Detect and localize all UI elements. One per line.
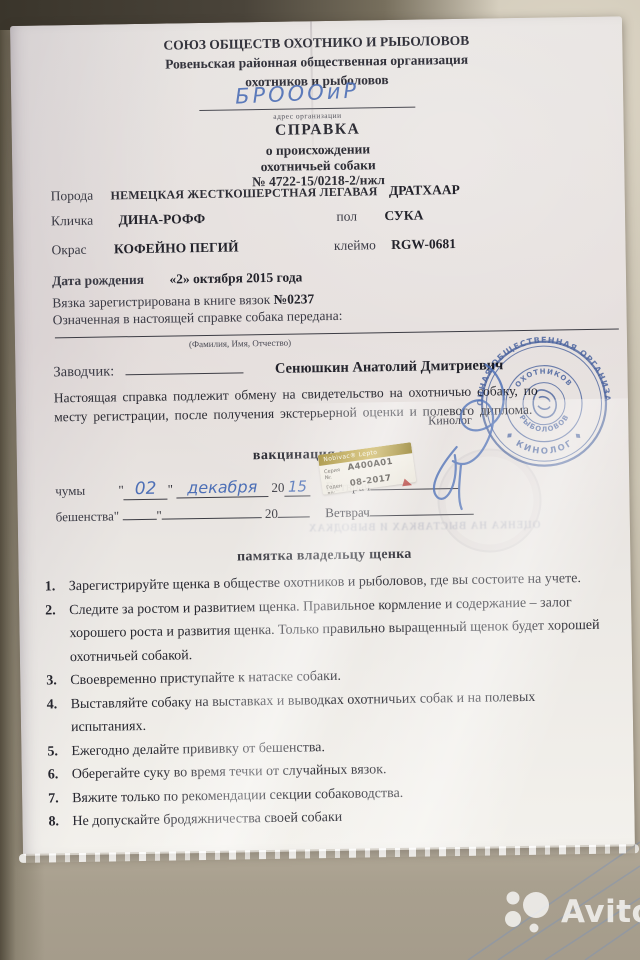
dog-name-label: Кличка	[51, 213, 93, 229]
vet-label-2: Ветврач	[325, 504, 370, 520]
transfer-text: Означенная в настоящей справке собака пе…	[53, 308, 343, 328]
avito-watermark: Avito	[500, 886, 640, 938]
sex-label: пол	[336, 209, 357, 224]
dog-name-value: ДИНА-РОФФ	[118, 211, 205, 227]
memo-item-number: 5.	[47, 740, 71, 764]
memo-item-number: 6.	[48, 763, 72, 787]
color-label: Окрас	[51, 242, 86, 258]
sex-value: СУКА	[384, 208, 423, 224]
avito-logo-icon	[500, 886, 552, 938]
memo-item-text: Следите за ростом и развитием щенка. Пра…	[69, 590, 612, 669]
certificate-page: СОЮЗ ОБЩЕСТВ ОХОТНИКО И РЫБОЛОВОВ Ровень…	[10, 16, 635, 856]
brand-label: клеймо	[334, 237, 376, 253]
sleeve-bottom-edge	[19, 844, 639, 863]
memo-item-number: 3.	[46, 669, 70, 693]
fio-caption: (Фамилия, Имя, Отчество)	[115, 336, 365, 350]
plague-label: чумы	[55, 483, 85, 498]
brand-value: RGW-0681	[391, 236, 456, 252]
handwritten-month: декабря	[187, 477, 257, 497]
breeder-label: Заводчик:	[53, 363, 114, 380]
birthdate-value: «2» октября 2015 года	[169, 269, 302, 286]
memo-item-number: 1.	[45, 575, 69, 599]
breeder-blank	[126, 372, 244, 375]
document-photo: СОЮЗ ОБЩЕСТВ ОХОТНИКО И РЫБОЛОВОВ Ровень…	[0, 0, 640, 960]
memo-title: памятка владельцу щенка	[18, 543, 630, 569]
memo-item: 2.Следите за ростом и развитием щенка. П…	[45, 590, 612, 669]
year-prefix-2: 20	[265, 506, 278, 521]
year-prefix-1: 20	[271, 480, 284, 495]
memo-item: 4.Выставляйте собаку на выставках и выво…	[46, 684, 613, 740]
mating-text: Вязка зарегистрирована в книге вязок	[52, 292, 273, 310]
dog-name-row: Кличка ДИНА-РОФФ пол СУКА	[51, 205, 611, 230]
memo-item-text: Выставляйте собаку на выставках и выводк…	[70, 684, 613, 740]
breed-value: НЕМЕЦКАЯ ЖЕСТКОШЕРСТНАЯ ЛЕГАВАЯ	[110, 184, 377, 202]
mating-number: №0237	[273, 291, 314, 307]
memo-item-number: 7.	[48, 787, 72, 811]
memo-item-number: 2.	[45, 599, 70, 670]
birthdate-row: Дата рождения «2» октября 2015 года	[52, 265, 612, 290]
color-row: Окрас КОФЕЙНО ПЕГИЙ клеймо RGW-0681	[51, 234, 611, 259]
breed-label: Порода	[51, 188, 94, 204]
birthdate-label: Дата рождения	[52, 272, 144, 288]
memo-item-text: Не допускайте бродяжничества своей собак…	[72, 806, 342, 834]
memo-list: 1.Зарегистрируйте щенка в обществе охотн…	[45, 567, 615, 834]
color-value: КОФЕЙНО ПЕГИЙ	[114, 239, 239, 256]
avito-watermark-text: Avito	[561, 894, 640, 930]
rabies-label: бешенства"	[56, 508, 120, 524]
handwritten-day: 02	[135, 479, 157, 499]
memo-item-number: 4.	[46, 693, 71, 740]
cynologist-signature	[367, 346, 550, 529]
handwritten-year: 15	[288, 477, 307, 495]
memo-item-number: 8.	[48, 810, 72, 834]
breed-name-value: ДРАТХААР	[389, 182, 460, 198]
